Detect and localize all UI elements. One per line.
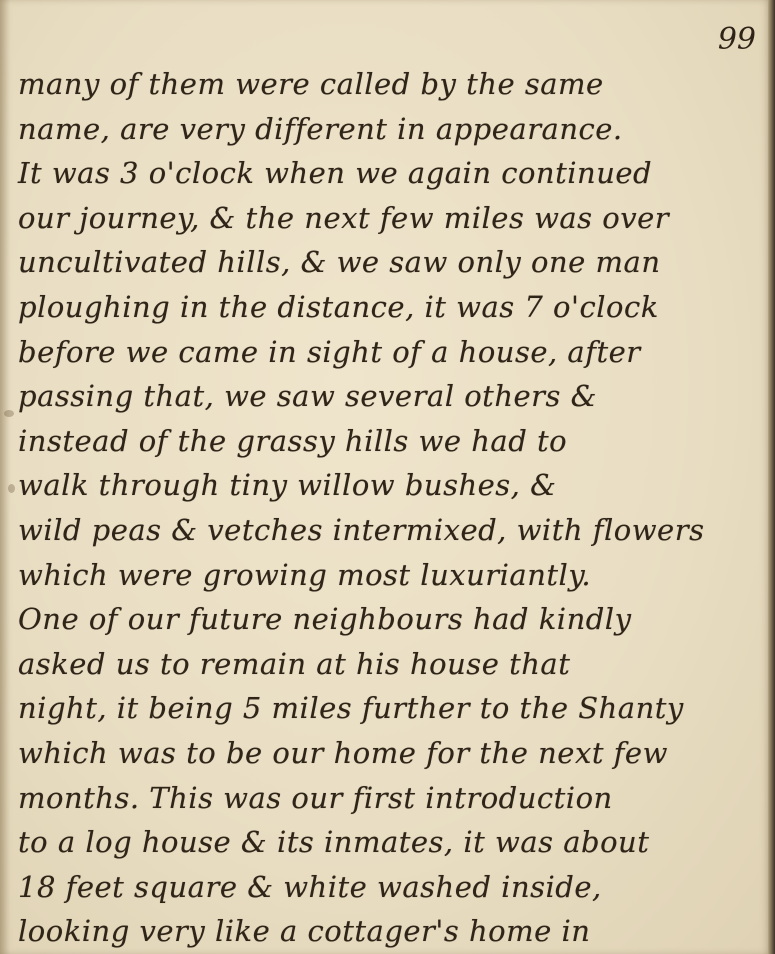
text-line: night, it being 5 miles further to the S… bbox=[18, 686, 775, 731]
text-line: before we came in sight of a house, afte… bbox=[18, 330, 775, 375]
page-number: 99 bbox=[718, 22, 756, 57]
text-line: 18 feet square & white washed inside, bbox=[18, 865, 775, 910]
text-line: wild peas & vetches intermixed, with flo… bbox=[18, 508, 775, 553]
text-line: asked us to remain at his house that bbox=[18, 642, 775, 687]
text-line: looking very like a cottager's home in bbox=[18, 909, 775, 954]
text-line: which was to be our home for the next fe… bbox=[18, 731, 775, 776]
handwritten-text-block: many of them were called by the same nam… bbox=[18, 62, 775, 954]
page-edge bbox=[768, 0, 775, 954]
text-line: many of them were called by the same bbox=[18, 62, 775, 107]
text-line: walk through tiny willow bushes, & bbox=[18, 463, 775, 508]
text-line: uncultivated hills, & we saw only one ma… bbox=[18, 240, 775, 285]
page-gutter-shadow bbox=[0, 0, 10, 954]
text-line: ploughing in the distance, it was 7 o'cl… bbox=[18, 285, 775, 330]
text-line: passing that, we saw several others & bbox=[18, 374, 775, 419]
text-line: One of our future neighbours had kindly bbox=[18, 597, 775, 642]
ink-blot bbox=[8, 484, 15, 493]
text-line: which were growing most luxuriantly. bbox=[18, 553, 775, 598]
text-line: name, are very different in appearance. bbox=[18, 107, 775, 152]
text-line: It was 3 o'clock when we again continued bbox=[18, 151, 775, 196]
text-line: months. This was our first introduction bbox=[18, 776, 775, 821]
ink-blot bbox=[4, 410, 14, 417]
manuscript-page: 99 many of them were called by the same … bbox=[0, 0, 768, 954]
text-line: to a log house & its inmates, it was abo… bbox=[18, 820, 775, 865]
text-line: instead of the grassy hills we had to bbox=[18, 419, 775, 464]
text-line: our journey, & the next few miles was ov… bbox=[18, 196, 775, 241]
